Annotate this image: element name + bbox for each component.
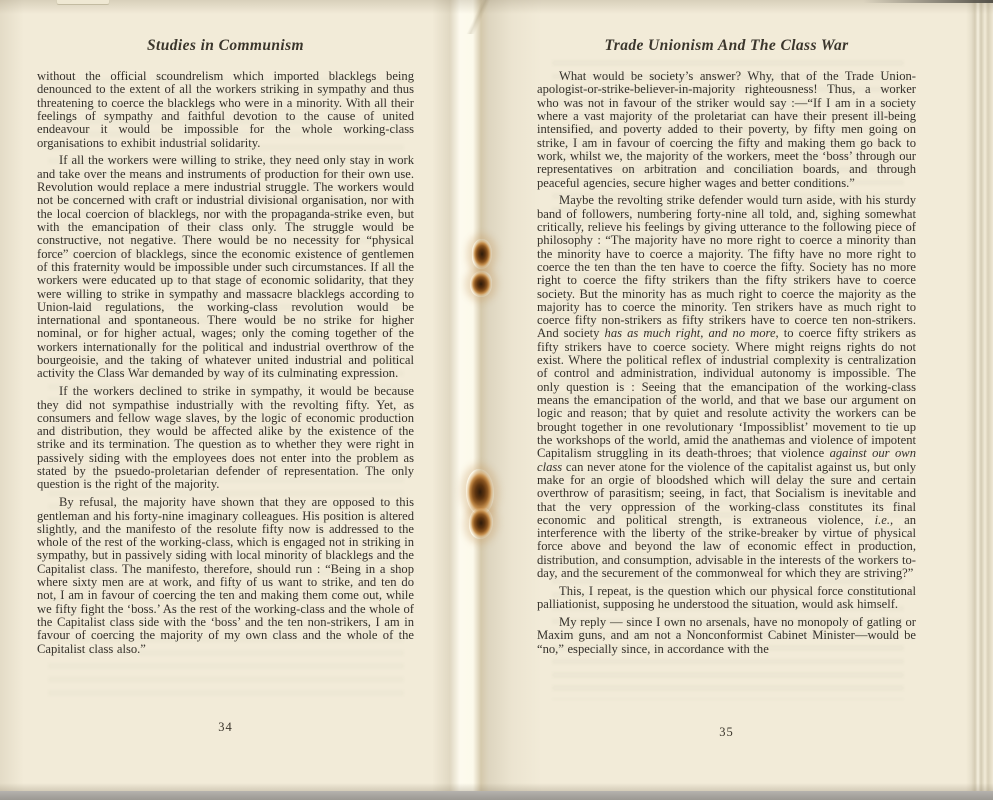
text-segment: without the official scoundrelism which … — [37, 69, 414, 150]
text-segment: My reply — since I own no arsenals, have… — [537, 615, 916, 656]
text-segment: By refusal, the majority have shown that… — [37, 495, 414, 655]
rust-stain — [469, 507, 493, 539]
right-running-head: Trade Unionism And The Class War — [537, 37, 916, 55]
paragraph: If the workers declined to strike in sym… — [37, 385, 414, 492]
paragraph: Maybe the revolting strike defender woul… — [537, 194, 916, 580]
paragraph: My reply — since I own no arsenals, have… — [537, 616, 916, 656]
text-segment: to coerce fifty strikers as fifty strike… — [537, 326, 916, 460]
top-right-edge-mark — [863, 0, 993, 3]
rust-stain — [472, 239, 492, 269]
scanner-bed — [0, 791, 993, 800]
scanned-book-spread: { "colors": { "paper": "#f2ebd8", "ink":… — [0, 0, 993, 800]
text-segment: This, I repeat, is the question which ou… — [537, 584, 916, 611]
paragraph: This, I repeat, is the question which ou… — [537, 585, 916, 612]
text-segment: If the workers declined to strike in sym… — [37, 384, 414, 491]
left-page-body: without the official scoundrelism which … — [37, 70, 414, 656]
right-page-number: 35 — [537, 725, 916, 740]
left-page-number: 34 — [37, 720, 414, 735]
paragraph: without the official scoundrelism which … — [37, 70, 414, 150]
right-page: Trade Unionism And The Class War What wo… — [537, 37, 916, 660]
text-segment: What would be society’s answer? Why, tha… — [537, 69, 916, 190]
emphasized-text-segment: i.e., — [875, 513, 894, 527]
left-running-head: Studies in Communism — [37, 37, 414, 55]
gutter-top-crease — [448, 0, 508, 34]
text-segment: If all the workers were willing to strik… — [37, 153, 414, 380]
paragraph: If all the workers were willing to strik… — [37, 154, 414, 380]
right-page-body: What would be society’s answer? Why, tha… — [537, 70, 916, 656]
page-edge-notch — [56, 0, 110, 5]
rust-stain — [470, 271, 492, 297]
text-segment: can never atone for the violence of the … — [537, 460, 916, 527]
paragraph: By refusal, the majority have shown that… — [37, 496, 414, 656]
paragraph: What would be society’s answer? Why, tha… — [537, 70, 916, 190]
left-page: Studies in Communism without the officia… — [37, 37, 414, 660]
emphasized-text-segment: has as much right, and no more, — [605, 326, 779, 340]
text-segment: Maybe the revolting strike defender woul… — [537, 193, 916, 340]
book-spread-paper: Studies in Communism without the officia… — [0, 0, 993, 792]
